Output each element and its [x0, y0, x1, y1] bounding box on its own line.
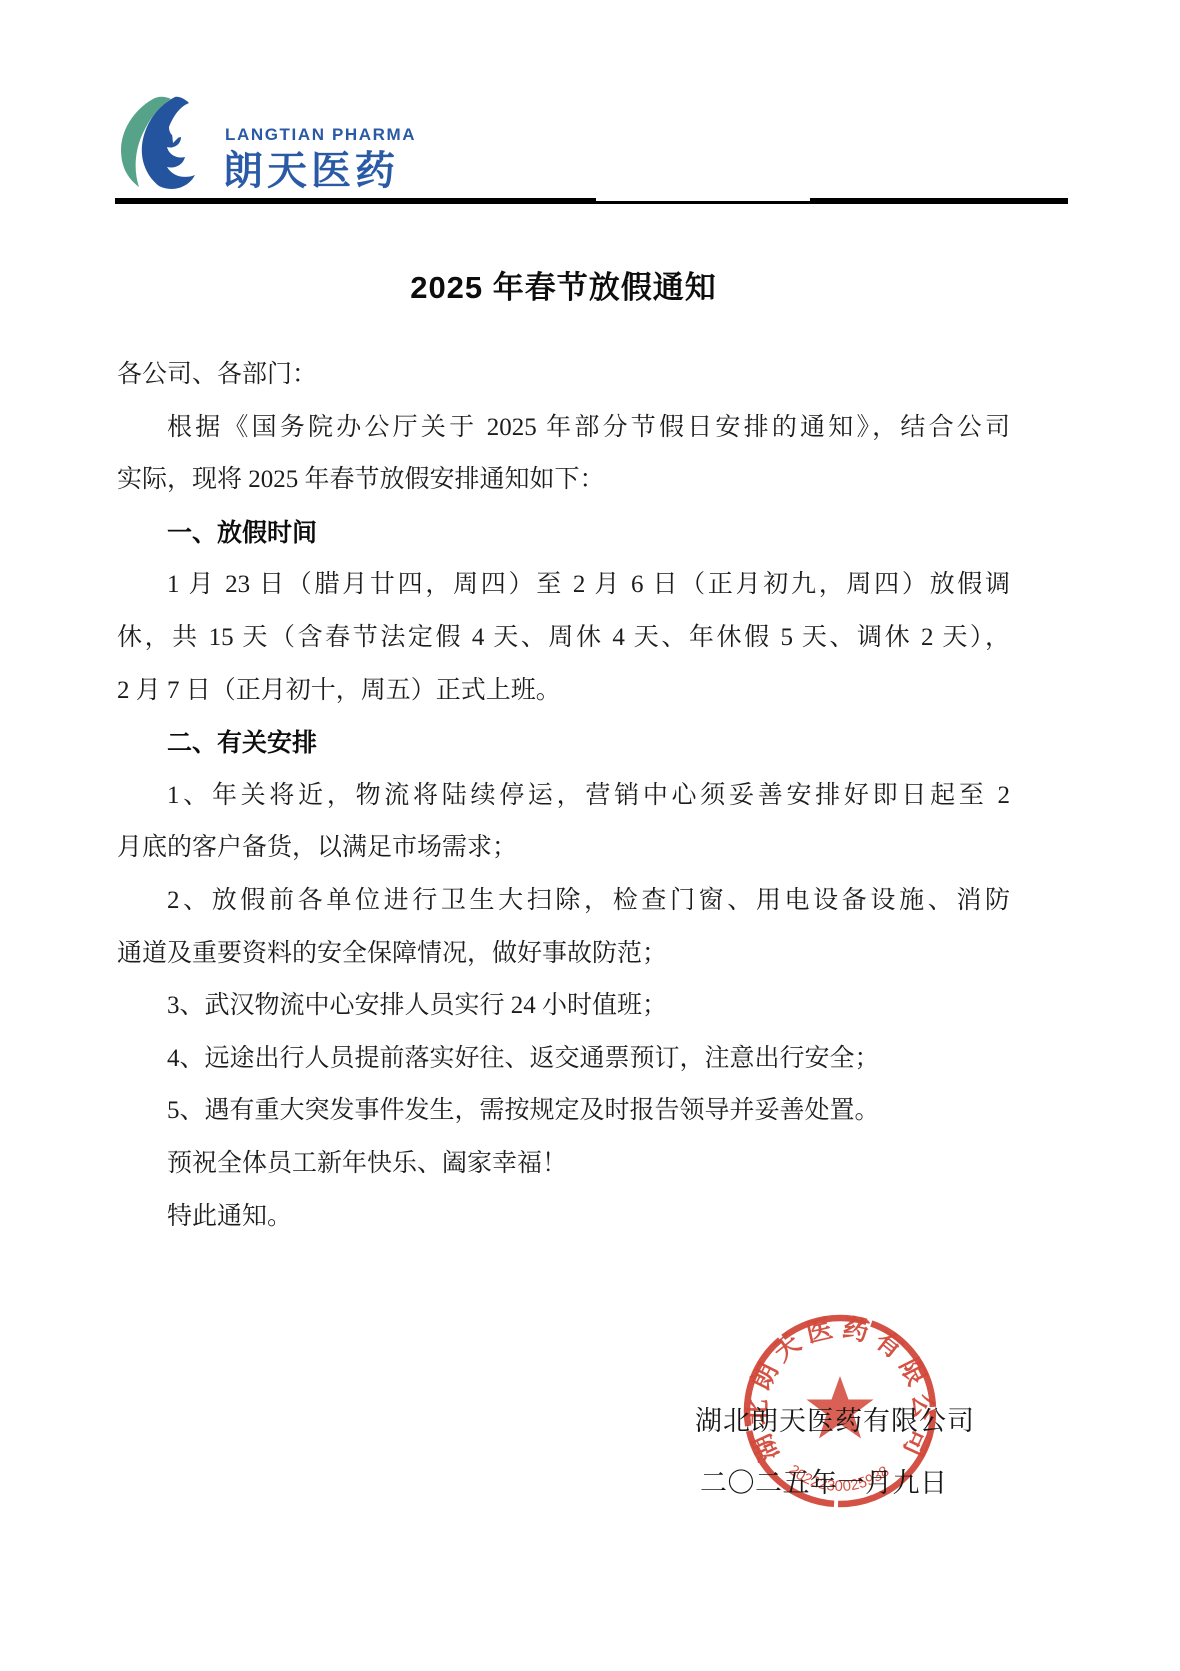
body-line: 月底的客户备货，以满足市场需求；: [117, 822, 1010, 875]
body-line: 通道及重要资料的安全保障情况，做好事故防范；: [117, 928, 1010, 981]
signature-date: 二〇二五年一月九日: [700, 1461, 948, 1500]
body-line-item-1: 1、年关将近，物流将陆续停运，营销中心须妥善安排好即日起至 2: [117, 770, 1010, 823]
body-line-item-5: 5、遇有重大突发事件发生，需按规定及时报告领导并妥善处置。: [117, 1085, 1010, 1138]
body-line-item-3: 3、武汉物流中心安排人员实行 24 小时值班；: [117, 980, 1010, 1033]
body-line-salutation: 各公司、各部门：: [117, 349, 1010, 402]
section-heading-1: 一、放假时间: [117, 507, 1010, 560]
page-title: 2025 年春节放假通知: [117, 262, 1010, 307]
logo-mark-icon: [115, 95, 207, 190]
body-line: 1 月 23 日（腊月廿四，周四）至 2 月 6 日（正月初九，周四）放假调: [117, 559, 1010, 612]
body-line: 实际，现将 2025 年春节放假安排通知如下：: [117, 454, 1010, 507]
notice-body: 各公司、各部门： 根据《国务院办公厅关于 2025 年部分节假日安排的通知》，结…: [117, 349, 1010, 1243]
body-line: 2 月 7 日（正月初十，周五）正式上班。: [117, 665, 1010, 718]
signature-company: 湖北朗天医药有限公司: [695, 1399, 975, 1438]
header-divider: [115, 198, 1068, 204]
body-line: 休，共 15 天（含春节法定假 4 天、周休 4 天、年休假 5 天、调休 2 …: [117, 612, 1010, 665]
company-logo: LANGTIAN PHARMA 朗天医药: [115, 95, 415, 190]
notice-document-page: LANGTIAN PHARMA 朗天医药 2025 年春节放假通知 各公司、各部…: [0, 0, 1180, 1671]
body-line: 根据《国务院办公厅关于 2025 年部分节假日安排的通知》，结合公司: [117, 402, 1010, 455]
section-heading-2: 二、有关安排: [117, 717, 1010, 770]
brand-name-zh: 朗天医药: [223, 139, 423, 196]
body-line-item-2: 2、放假前各单位进行卫生大扫除，检查门窗、用电设备设施、消防: [117, 875, 1010, 928]
body-line-wishes: 预祝全体员工新年快乐、阖家幸福！: [117, 1138, 1010, 1191]
body-line-closing: 特此通知。: [117, 1191, 1010, 1244]
body-line-item-4: 4、远途出行人员提前落实好往、返交通票预订，注意出行安全；: [117, 1033, 1010, 1086]
